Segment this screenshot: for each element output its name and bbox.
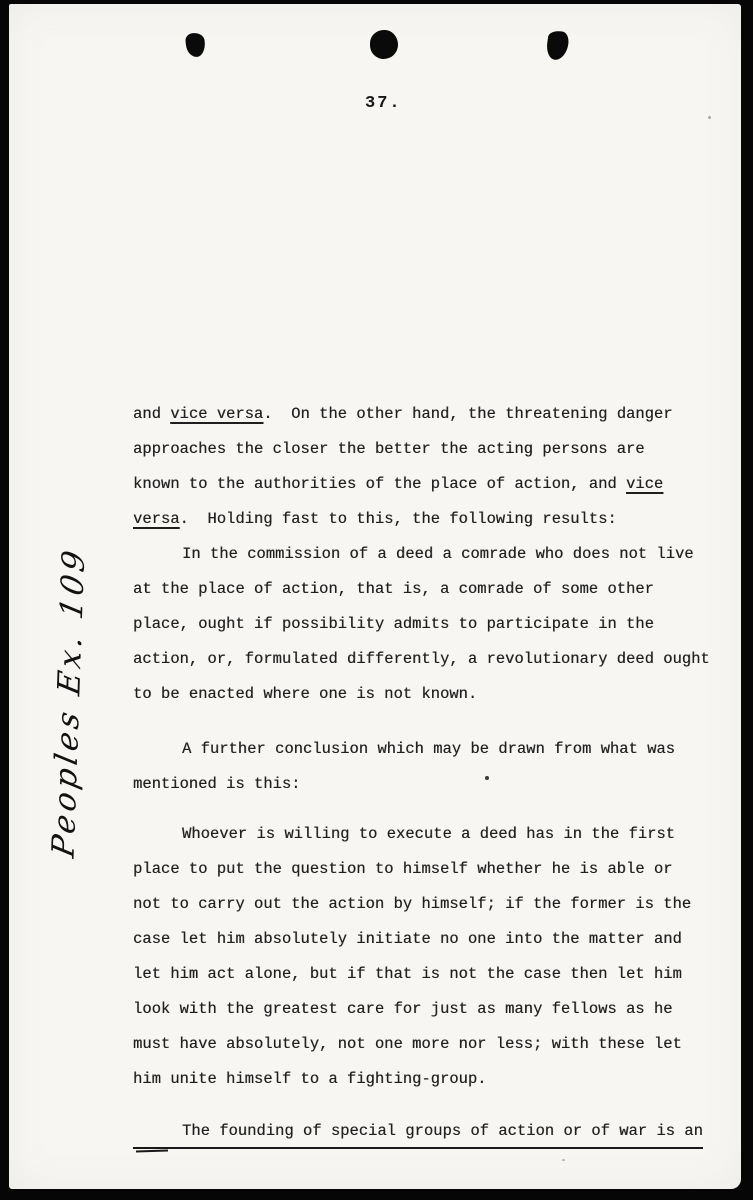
paragraph: Whoever is willing to execute a deed has… <box>133 817 739 1097</box>
scan-artifact <box>485 776 489 780</box>
scan-frame: 37. and vice versa. On the other hand, t… <box>0 0 753 1200</box>
text-segment: must have absolutely, not one more nor l… <box>133 1035 682 1053</box>
text-line: and vice versa. On the other hand, the t… <box>133 397 739 432</box>
text-segment: him unite himself to a fighting-group. <box>133 1070 486 1088</box>
text-segment: place, ought if possibility admits to pa… <box>133 615 654 633</box>
text-segment: . Holding fast to this, the following re… <box>180 510 617 528</box>
text-line: him unite himself to a fighting-group. <box>133 1062 739 1097</box>
text-segment: at the place of action, that is, a comra… <box>133 580 654 598</box>
scan-artifact <box>562 1159 565 1161</box>
underlined-text: versa <box>133 510 180 528</box>
text-segment: . On the other hand, the threatening dan… <box>263 405 672 423</box>
text-line: to be enacted where one is not known. <box>133 677 739 712</box>
text-line: approaches the closer the better the act… <box>133 432 739 467</box>
text-line: let him act alone, but if that is not th… <box>133 957 739 992</box>
text-segment: In the commission of a deed a comrade wh… <box>182 545 694 563</box>
text-line: A further conclusion which may be drawn … <box>133 732 739 767</box>
paragraph: In the commission of a deed a comrade wh… <box>133 537 739 712</box>
text-line: Whoever is willing to execute a deed has… <box>133 817 739 852</box>
text-segment: not to carry out the action by himself; … <box>133 895 691 913</box>
text-line: place, ought if possibility admits to pa… <box>133 607 739 642</box>
text-segment: action, or, formulated differently, a re… <box>133 650 710 668</box>
text-segment: place to put the question to himself whe… <box>133 860 673 878</box>
text-segment: to be enacted where one is not known. <box>133 685 477 703</box>
text-segment: A further conclusion which may be drawn … <box>182 740 675 758</box>
text-segment: approaches the closer the better the act… <box>133 440 645 458</box>
text-segment: mentioned is this: <box>133 775 300 793</box>
text-segment: let him act alone, but if that is not th… <box>133 965 682 983</box>
text-line: not to carry out the action by himself; … <box>133 887 739 922</box>
text-line: known to the authorities of the place of… <box>133 467 739 502</box>
text-segment: known to the authorities of the place of… <box>133 475 626 493</box>
text-line: action, or, formulated differently, a re… <box>133 642 739 677</box>
underlined-text: vice <box>626 475 663 493</box>
ink-blob-icon <box>370 30 398 59</box>
text-line: case let him absolutely initiate no one … <box>133 922 739 957</box>
text-segment: and <box>133 405 170 423</box>
page-number: 37. <box>365 94 402 113</box>
text-line: mentioned is this: <box>133 767 739 802</box>
scan-artifact <box>708 116 711 119</box>
text-line: at the place of action, that is, a comra… <box>133 572 739 607</box>
ink-blob-icon <box>185 32 206 58</box>
exhibit-stamp-text: Peoples Ex. 109 <box>46 544 93 861</box>
ink-blob-icon <box>545 30 570 62</box>
paragraph: The founding of special groups of action… <box>133 1114 739 1149</box>
text-segment: case let him absolutely initiate no one … <box>133 930 682 948</box>
text-segment: look with the greatest care for just as … <box>133 1000 673 1018</box>
text-line: place to put the question to himself whe… <box>133 852 739 887</box>
paragraph: A further conclusion which may be drawn … <box>133 732 739 802</box>
text-segment: Whoever is willing to execute a deed has… <box>182 825 675 843</box>
text-segment: The founding of special groups of action… <box>182 1122 703 1140</box>
underlined-text: vice versa <box>170 405 263 423</box>
text-line: In the commission of a deed a comrade wh… <box>133 537 739 572</box>
paragraph: and vice versa. On the other hand, the t… <box>133 397 739 537</box>
text-line: versa. Holding fast to this, the followi… <box>133 502 739 537</box>
text-block: and vice versa. On the other hand, the t… <box>133 397 739 1149</box>
document-page: 37. and vice versa. On the other hand, t… <box>9 4 741 1189</box>
text-line: The founding of special groups of action… <box>133 1114 703 1149</box>
text-line: look with the greatest care for just as … <box>133 992 739 1027</box>
text-line: must have absolutely, not one more nor l… <box>133 1027 739 1062</box>
